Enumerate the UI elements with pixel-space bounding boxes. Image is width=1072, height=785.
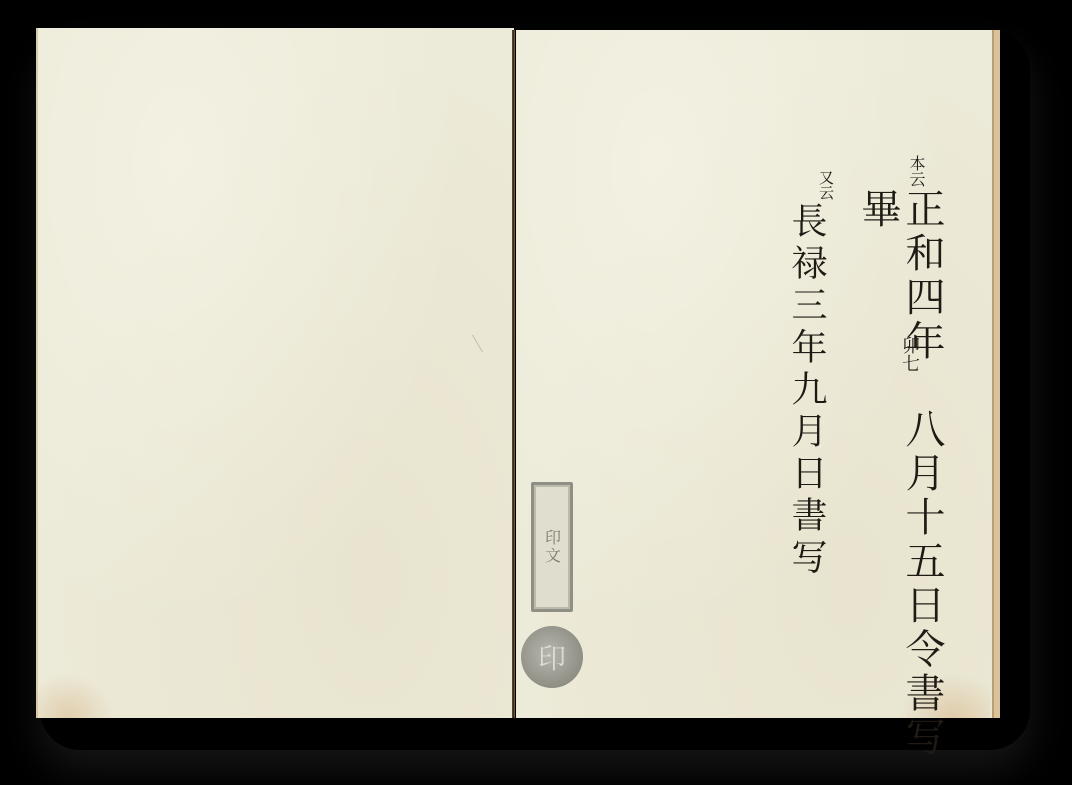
water-stain-left	[36, 673, 116, 718]
book-spine	[512, 30, 515, 718]
main-column-note: 本云	[905, 155, 928, 187]
left-page	[36, 28, 514, 718]
rectangular-seal-stamp: 印文	[531, 482, 573, 612]
main-column-inline-note: 卯七	[896, 336, 922, 372]
main-column-text: 正和四年八月十五日令書写畢	[856, 188, 944, 785]
second-column-note: 又云	[816, 170, 837, 200]
round-seal-stamp: 印	[521, 626, 583, 688]
background: 本云 正和四年八月十五日令書写畢 卯七 又云 長禄三年九月日書写 印文 印	[0, 0, 1072, 785]
open-book: 本云 正和四年八月十五日令書写畢 卯七 又云 長禄三年九月日書写 印文 印	[0, 0, 1072, 785]
second-column-text: 長禄三年九月日書写	[786, 202, 826, 580]
